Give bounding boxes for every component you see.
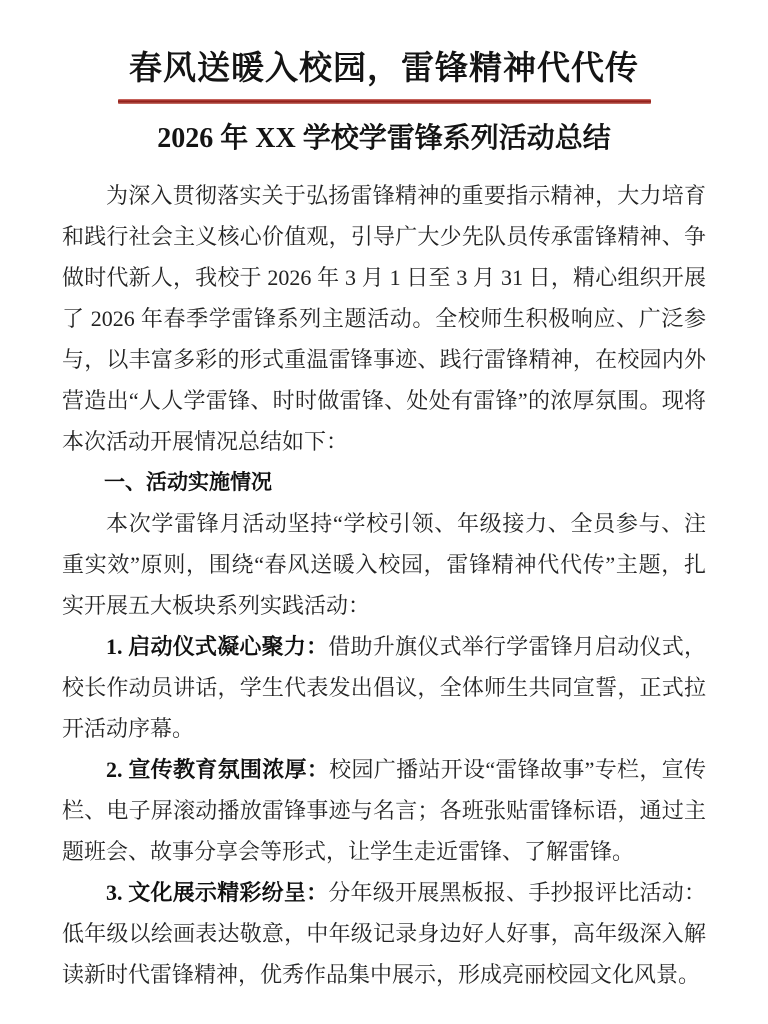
activity-item-1: 1. 启动仪式凝心聚力：借助升旗仪式举行学雷锋月启动仪式，校长作动员讲话，学生代… bbox=[62, 626, 706, 749]
activity-item-3-lead: 3. 文化展示精彩纷呈： bbox=[106, 880, 328, 905]
activity-item-3: 3. 文化展示精彩纷呈：分年级开展黑板报、手抄报评比活动：低年级以绘画表达敬意，… bbox=[62, 872, 706, 995]
section-heading: 一、活动实施情况 bbox=[62, 462, 706, 503]
activity-item-1-lead: 1. 启动仪式凝心聚力： bbox=[106, 634, 328, 659]
activity-item-2: 2. 宣传教育氛围浓厚：校园广播站开设“雷锋故事”专栏，宣传栏、电子屏滚动播放雷… bbox=[62, 749, 706, 872]
section-intro-paragraph: 本次学雷锋月活动坚持“学校引领、年级接力、全员参与、注重实效”原则，围绕“春风送… bbox=[62, 503, 706, 626]
document-title: 春风送暖入校园，雷锋精神代代传 bbox=[62, 48, 706, 90]
document-page: 春风送暖入校园，雷锋精神代代传 2026 年 XX 学校学雷锋系列活动总结 为深… bbox=[0, 0, 768, 1024]
title-underline-rule bbox=[118, 99, 651, 104]
activity-item-2-lead: 2. 宣传教育氛围浓厚： bbox=[106, 757, 329, 782]
intro-paragraph: 为深入贯彻落实关于弘扬雷锋精神的重要指示精神，大力培育和践行社会主义核心价值观，… bbox=[62, 175, 706, 462]
document-subtitle: 2026 年 XX 学校学雷锋系列活动总结 bbox=[62, 119, 706, 159]
